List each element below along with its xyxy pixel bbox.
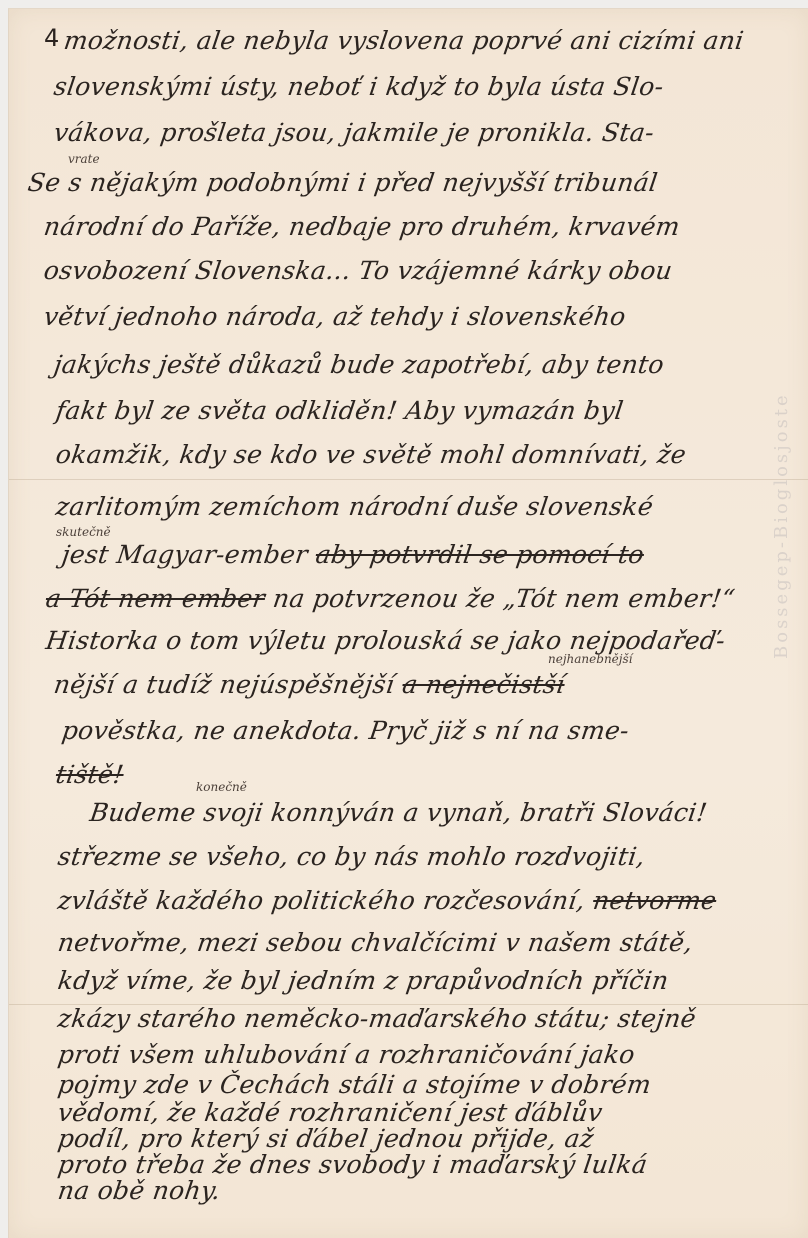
struck-text: a Tót nem ember: [44, 584, 267, 613]
letter-line: a Tót nem ember na potvrzenou že „Tót ne…: [44, 584, 737, 613]
struck-text: aby potvrdil se pomocí to: [314, 540, 646, 569]
letter-line: fakt byl ze světa odkliděn! Aby vymazán …: [54, 396, 625, 425]
insertion-note: vrate: [68, 152, 100, 166]
letter-line: zvláště každého politického rozčesování,…: [56, 886, 718, 915]
letter-line: nější a tudíž nejúspěšnější a nejnečistš…: [52, 670, 567, 699]
letter-line: jest Magyar-ember aby potvrdil se pomocí…: [60, 540, 646, 569]
bleed-through-stamp: Bossegep-Bioglosjoste: [771, 239, 799, 659]
letter-line: zarlitomým zemíchom národní duše slovens…: [54, 492, 655, 521]
letter-line: na obě nohy.: [56, 1176, 222, 1205]
line-text: na potvrzenou že „Tót nem ember!“: [271, 584, 737, 613]
letter-line: zkázy starého neměcko-maďarského státu; …: [56, 1004, 698, 1033]
letter-line: vědomí, že každé rozhraničení jest ďáblů…: [56, 1098, 604, 1127]
insertion-note: nejhanebnější: [548, 652, 633, 666]
letter-line: možnosti, ale nebyla vyslovena poprvé an…: [62, 26, 746, 55]
letter-line: když víme, že byl jedním z prapůvodních …: [56, 966, 671, 995]
letter-line: pověstka, ne anekdota. Pryč již s ní na …: [60, 716, 631, 745]
struck-text: netvorme: [591, 886, 718, 915]
struck-text: a nejnečistší: [401, 670, 567, 699]
letter-line: proto třeba že dnes svobody i maďarský l…: [56, 1150, 649, 1179]
letter-line: osvobození Slovenska... To vzájemné kárk…: [42, 256, 674, 285]
letter-line: tiště!: [54, 760, 126, 789]
letter-line: podíl, pro který si ďábel jednou přijde,…: [56, 1124, 596, 1153]
paper-fold-line: [9, 479, 808, 480]
letter-line: Historka o tom výletu prolouská se jako …: [44, 626, 727, 655]
letter-line: národní do Paříže, nedbaje pro druhém, k…: [42, 212, 682, 241]
letter-line: slovenskými ústy, neboť i když to byla ú…: [52, 72, 666, 101]
letter-line: větví jednoho národa, až tehdy i slovens…: [42, 302, 628, 331]
letter-line: Se s nějakým podobnými i před nejvyšší t…: [26, 168, 660, 197]
insertion-note: konečně: [196, 780, 247, 794]
letter-line: Budeme svoji konnýván a vynaň, bratři Sl…: [88, 798, 709, 827]
line-text: nější a tudíž nejúspěšnější: [52, 670, 396, 699]
insertion-note: skutečně: [56, 525, 111, 539]
letter-line: střezme se všeho, co by nás mohlo rozdvo…: [56, 842, 647, 871]
letter-line: jakýchs ještě důkazů bude zapotřebí, aby…: [52, 350, 666, 379]
letter-line: vákova, prošleta jsou, jakmile je pronik…: [52, 118, 656, 147]
letter-line: proti všem uhlubování a rozhraničování j…: [56, 1040, 637, 1069]
letter-line: pojmy zde v Čechách stáli a stojíme v do…: [56, 1070, 653, 1099]
page-number: 4: [44, 24, 59, 52]
line-text: jest Magyar-ember: [60, 540, 310, 569]
line-text: zvláště každého politického rozčesování,: [56, 886, 587, 915]
letter-line: netvořme, mezi sebou chvalčícimi v našem…: [56, 928, 695, 957]
letter-line: okamžik, kdy se kdo ve světě mohl domnív…: [54, 440, 688, 469]
